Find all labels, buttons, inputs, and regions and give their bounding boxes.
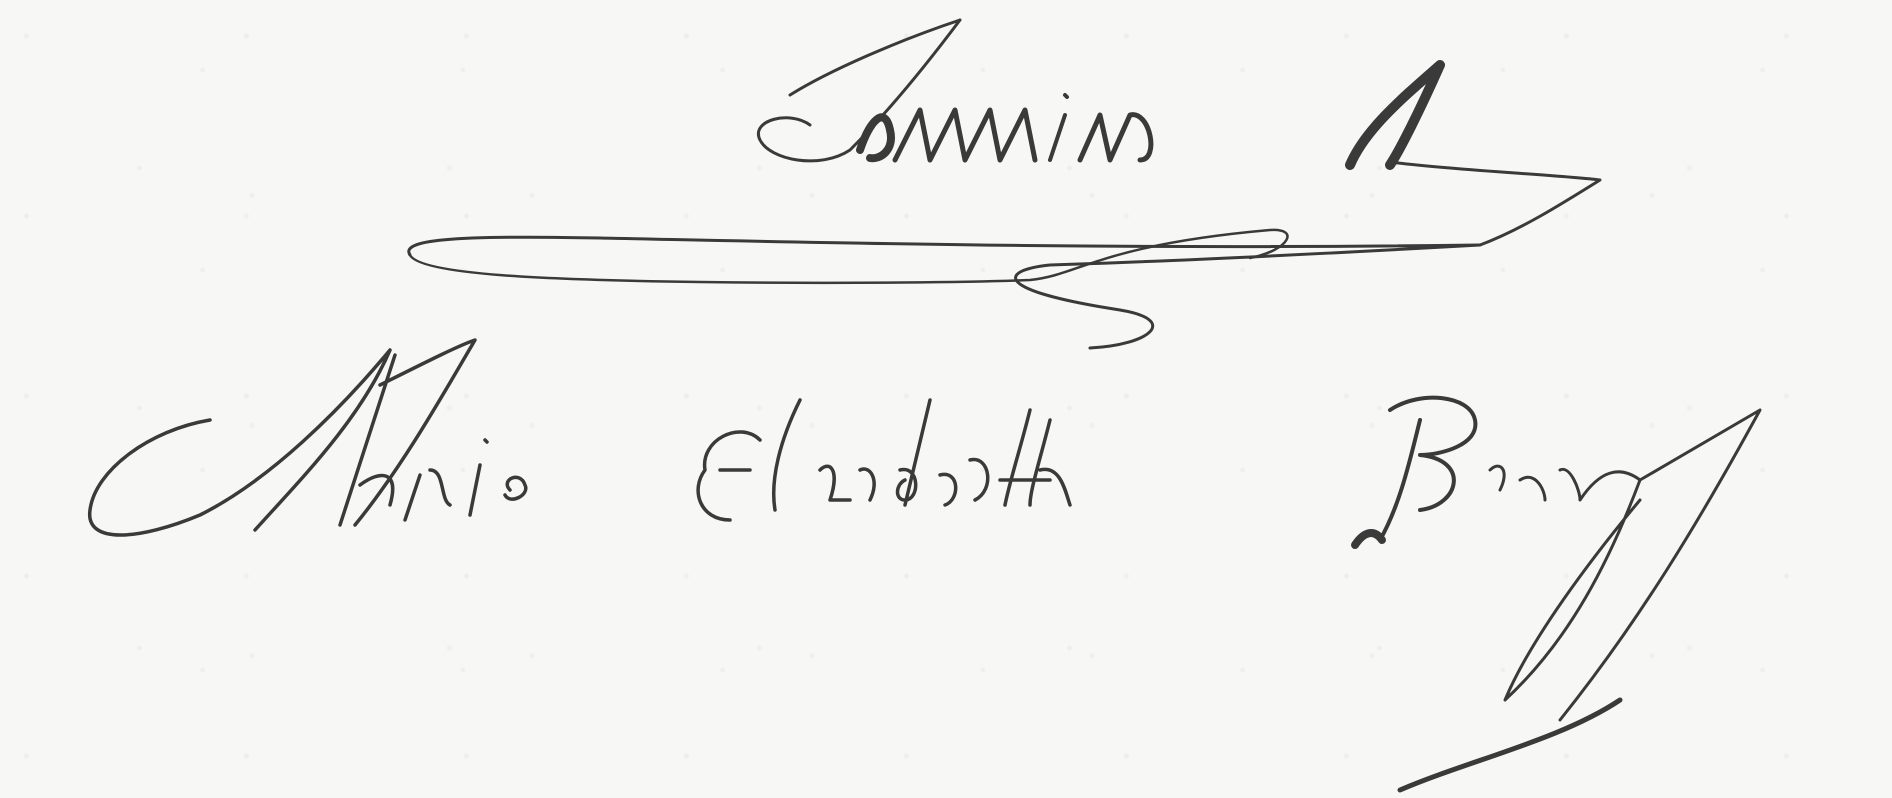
underline-flourish	[409, 230, 1480, 348]
signature-top	[758, 20, 1600, 245]
signature-bottom	[90, 340, 1760, 790]
handwriting-canvas	[0, 0, 1892, 798]
